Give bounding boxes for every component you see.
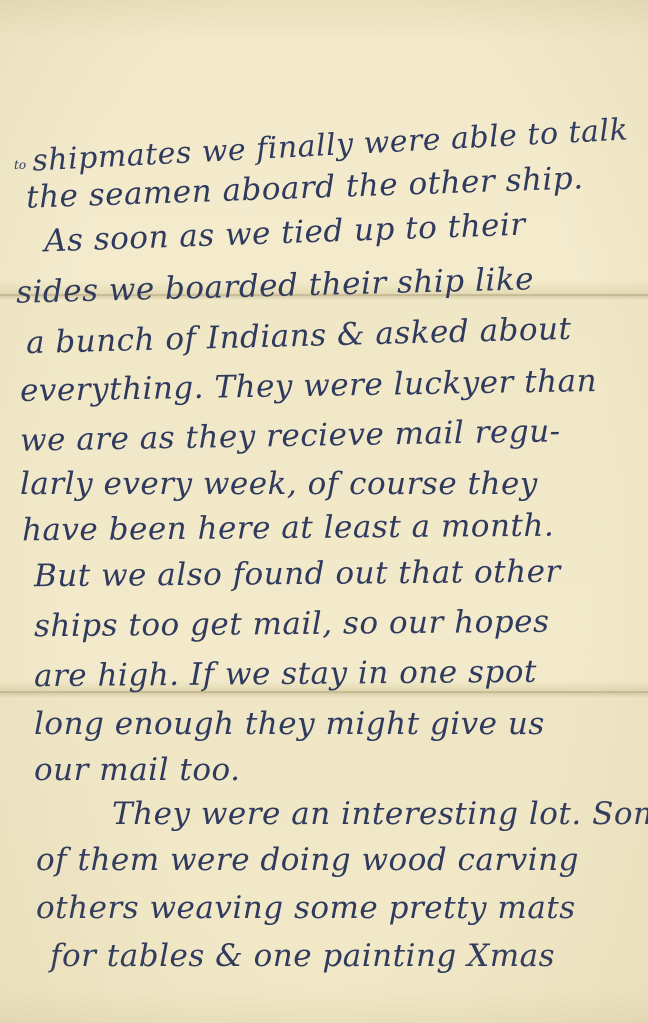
handwritten-line: larly every week, of course they xyxy=(20,466,538,502)
handwritten-line: our mail too. xyxy=(34,752,240,788)
handwritten-line: are high. If we stay in one spot xyxy=(34,654,537,694)
handwritten-line: others weaving some pretty mats xyxy=(36,890,576,926)
handwritten-line: long enough they might give us xyxy=(34,706,545,742)
letter-page: to shipmates we finally were able to tal… xyxy=(0,0,648,1023)
handwritten-line: As soon as we tied up to their xyxy=(44,207,527,260)
handwritten-line: everything. They were luckyer than xyxy=(20,363,598,409)
handwritten-line: have been here at least a month. xyxy=(22,508,555,549)
handwritten-line: ships too get mail, so our hopes xyxy=(34,604,550,644)
handwritten-line: a bunch of Indians & asked about xyxy=(26,311,572,361)
handwritten-line: we are as they recieve mail regu- xyxy=(20,413,561,458)
handwritten-line: But we also found out that other xyxy=(34,554,561,595)
handwritten-line: sides we boarded their ship like xyxy=(16,261,535,311)
margin-note: to xyxy=(14,158,26,172)
handwritten-line: They were an interesting lot. Some xyxy=(112,796,648,832)
handwritten-line: of them were doing wood carving xyxy=(36,842,579,878)
handwritten-line: for tables & one painting Xmas xyxy=(50,938,555,974)
